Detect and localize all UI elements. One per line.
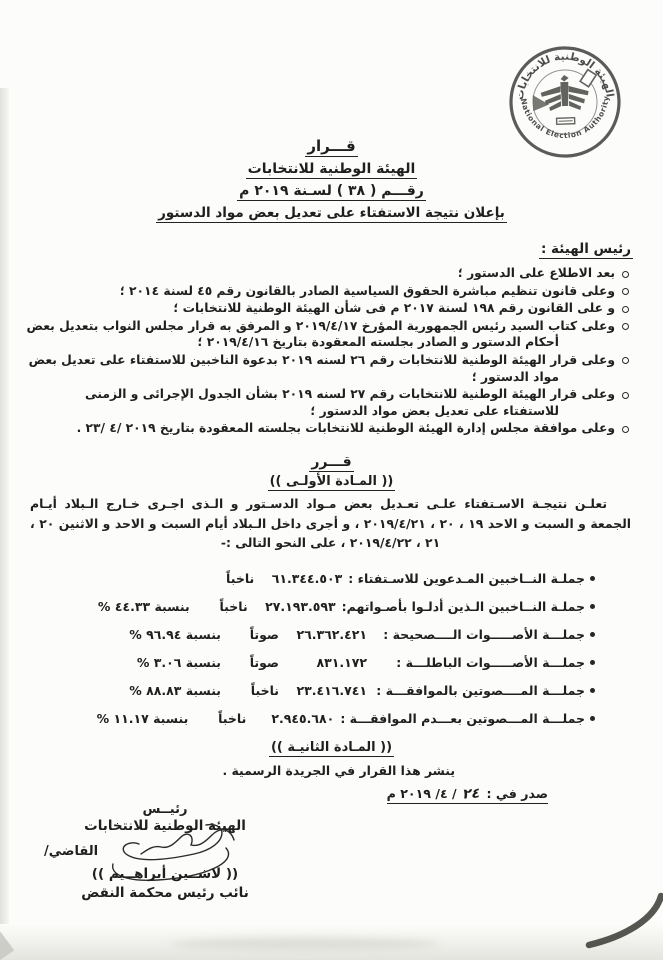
stat-row-valid-votes: جملـــة الأصـــــوات الــــصحيحة : ٢٦.٣٦… bbox=[60, 626, 595, 643]
scan-artifact-smudge bbox=[170, 938, 440, 950]
stat-percentage: بنسبة ٤٤.٣٣ % bbox=[68, 598, 190, 615]
stat-unit: صوتاً bbox=[227, 626, 279, 643]
stat-row-no-votes: جملـــة المـــصوتين بعـــدم الموافقـــة … bbox=[60, 710, 595, 727]
decree-number: رقـــم ( ٣٨ ) لسـنة ٢٠١٩ م bbox=[0, 183, 663, 201]
whereas-item: و على القانون رقم ١٩٨ لسنة ٢٠١٧ م فى شأن… bbox=[26, 300, 633, 317]
article-two-title: (( المـادة الثانيـة )) bbox=[0, 740, 663, 757]
issue-date-suffix: م bbox=[387, 786, 396, 801]
bullet-icon bbox=[585, 716, 595, 721]
stat-label: جملـة النــاخبين الـذين أدلـوا بأصـواتهم… bbox=[342, 598, 585, 615]
bullet-icon bbox=[585, 688, 595, 693]
stat-value: ٢٣.٤١٦.٧٤١ bbox=[285, 682, 367, 699]
article-two-body: ينشر هذا القرار في الجريدة الرسمية . bbox=[223, 763, 456, 778]
preamble-section: رئيس الهيئة : بعد الاطلاع على الدستور ؛ … bbox=[26, 241, 633, 438]
scan-artifact-dark-swoosh bbox=[575, 890, 663, 954]
stat-row-yes-votes: جملـــة المــــصوتين بالموافقـــة : ٢٣.٤… bbox=[60, 682, 595, 699]
stat-unit: صوتاً bbox=[227, 654, 279, 671]
whereas-item: وعلى قرار الهيئة الوطنية للانتخابات رقم … bbox=[26, 352, 633, 385]
stat-row-invalid-votes: جملـــة الأصـــــوات الباطلـــة : ٨٣١.١٧… bbox=[60, 654, 595, 671]
whereas-item: وعلى قرار الهيئة الوطنية للانتخابات رقم … bbox=[26, 386, 633, 419]
signature-block: رئيــس الهيئة الوطنية للانتخابات القاضي/… bbox=[30, 802, 300, 907]
stat-label: جملـــة الأصـــــوات الباطلـــة : bbox=[373, 654, 585, 671]
referendum-stats-list: جملـة النــاخبين المـدعوين للاسـتفتاء : … bbox=[60, 570, 595, 738]
stat-unit: ناخباً bbox=[194, 710, 246, 727]
stat-label: جملـــة المـــصوتين بعـــدم الموافقـــة … bbox=[340, 710, 585, 727]
whereas-item: وعلى كتاب السيد رئيس الجمهورية المؤرخ ⁦٢… bbox=[26, 318, 633, 351]
signer-name: (( لاشــين أبراهــيم )) bbox=[30, 866, 300, 882]
preamble-heading: رئيس الهيئة : bbox=[26, 241, 633, 259]
stat-value: ٢٦.٣٦٢.٤٢١ bbox=[285, 626, 367, 643]
article-one-title: (( المـادة الأولـى )) bbox=[0, 474, 663, 491]
whereas-item: وعلى قانون تنظيم مباشرة الحقوق السياسية … bbox=[26, 283, 633, 300]
bullet-icon bbox=[585, 632, 595, 637]
stat-percentage: بنسبة ٩٦.٩٤ % bbox=[99, 626, 221, 643]
authority-name: الهيئة الوطنية للانتخابات bbox=[0, 161, 663, 179]
stat-percentage: بنسبة ١١.١٧ % bbox=[66, 710, 188, 727]
signer-court-title: نائب رئيس محكمة النقض bbox=[30, 885, 300, 901]
bullet-icon bbox=[585, 576, 595, 581]
issue-date-label: صدر في : bbox=[487, 786, 549, 801]
stat-row-invited-voters: جملـة النــاخبين المـدعوين للاسـتفتاء : … bbox=[60, 570, 595, 587]
stat-value: ٢٧.١٩٣.٥٩٣ bbox=[254, 598, 336, 615]
decided-heading: قـــرر bbox=[0, 454, 663, 472]
decree-word: قـــرار bbox=[0, 137, 663, 157]
issue-date-rest: / ٤/ ٢٠١٩ bbox=[400, 786, 456, 801]
stat-percentage: بنسبة ٣.٠٦ % bbox=[99, 654, 221, 671]
stat-label: جملـة النــاخبين المـدعوين للاسـتفتاء : bbox=[348, 570, 585, 587]
scanned-decree-document: الهيئة الوطنية للانتخابات National Elect… bbox=[0, 0, 663, 960]
stat-value: ٢.٩٤٥.٦٨٠ bbox=[252, 710, 334, 727]
bullet-icon bbox=[585, 604, 595, 609]
issue-date-line: صدر في : ٢٤ / ٤/ ٢٠١٩ م bbox=[387, 786, 548, 804]
stat-label: جملـــة المــــصوتين بالموافقـــة : bbox=[373, 682, 585, 699]
decree-title-block: قـــرار الهيئة الوطنية للانتخابات رقـــم… bbox=[0, 137, 663, 227]
whereas-list: بعد الاطلاع على الدستور ؛ وعلى قانون تنظ… bbox=[26, 265, 633, 437]
stat-unit: ناخباً bbox=[227, 682, 279, 699]
stat-percentage: بنسبة ٨٨.٨٣ % bbox=[99, 682, 221, 699]
handwritten-day: ٢٤ bbox=[462, 785, 482, 802]
bullet-icon bbox=[585, 660, 595, 665]
article-one-body: تعلـن نتيجـة الاسـتفتاء علـى تعـديل بعض … bbox=[30, 494, 631, 553]
stat-unit: ناخباً bbox=[196, 598, 248, 615]
decree-subject: بإعلان نتيجة الاستفتاء على تعديل بعض موا… bbox=[0, 205, 663, 223]
stat-value: ٨٣١.١٧٢ bbox=[285, 654, 367, 671]
stat-label: جملـــة الأصـــــوات الــــصحيحة : bbox=[373, 626, 585, 643]
signer-title-president: رئيــس bbox=[30, 802, 300, 817]
stat-row-turnout: جملـة النــاخبين الـذين أدلـوا بأصـواتهم… bbox=[60, 598, 595, 615]
whereas-item: بعد الاطلاع على الدستور ؛ bbox=[26, 265, 633, 282]
stat-value: ٦١.٣٤٤.٥٠٣ bbox=[260, 570, 342, 587]
whereas-item: وعلى موافقة مجلس إدارة الهيئة الوطنية لل… bbox=[26, 420, 633, 437]
stat-unit: ناخباً bbox=[202, 570, 254, 587]
